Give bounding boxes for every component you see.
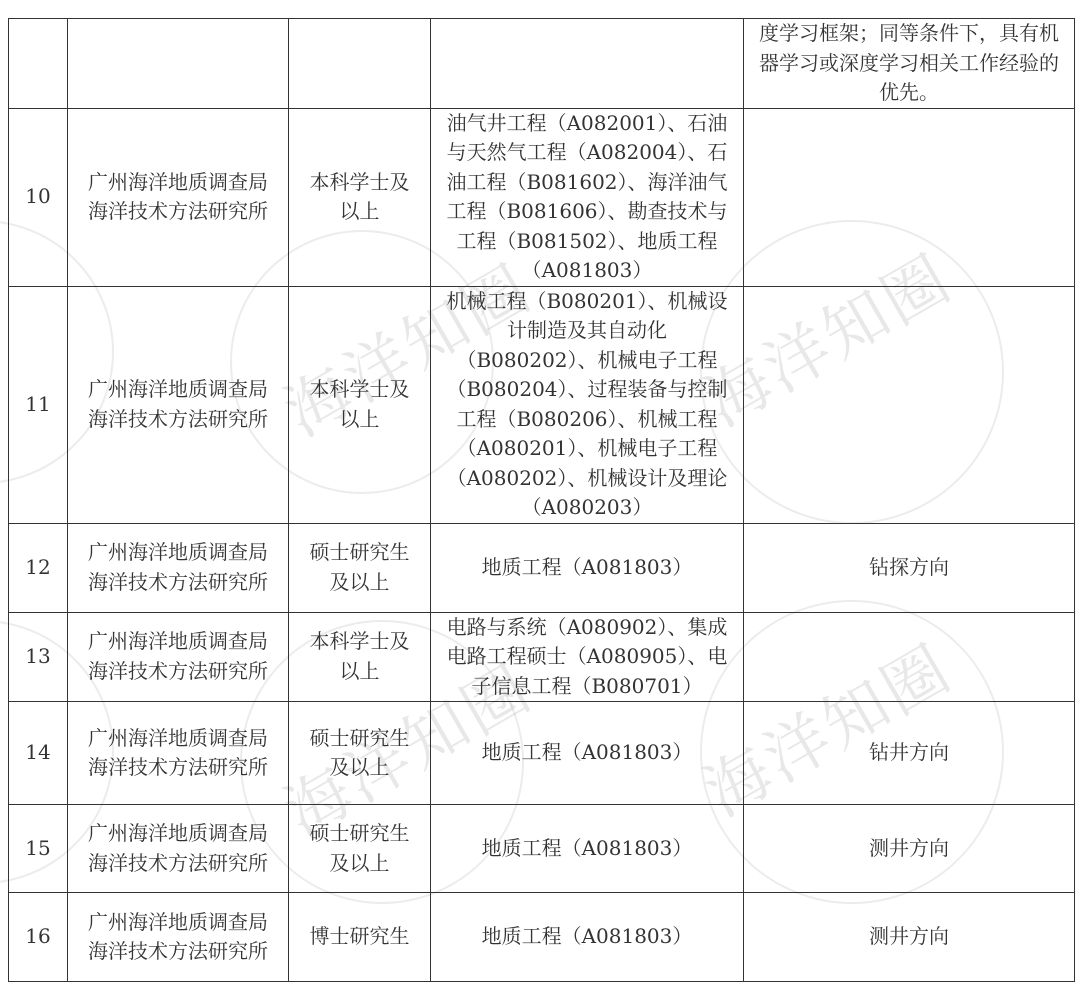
table-row: 14 广州海洋地质调查局海洋技术方法研究所 硕士研究生及以上 地质工程（A081… <box>9 702 1075 805</box>
cell-degree: 硕士研究生及以上 <box>289 702 431 805</box>
cell-remark <box>744 612 1075 702</box>
cell-remark: 钻探方向 <box>744 523 1075 612</box>
cell-remark: 钻井方向 <box>744 702 1075 805</box>
cell-remark: 度学习框架；同等条件下，具有机器学习或深度学习相关工作经验的优先。 <box>744 19 1075 109</box>
cell-degree: 博士研究生 <box>289 893 431 982</box>
cell-major <box>431 19 744 109</box>
cell-no: 15 <box>9 805 68 893</box>
cell-unit: 广州海洋地质调查局海洋技术方法研究所 <box>68 702 289 805</box>
cell-degree: 硕士研究生及以上 <box>289 523 431 612</box>
table-row: 13 广州海洋地质调查局海洋技术方法研究所 本科学士及以上 电路与系统（A080… <box>9 612 1075 702</box>
cell-degree: 本科学士及以上 <box>289 286 431 523</box>
cell-remark: 测井方向 <box>744 893 1075 982</box>
cell-unit: 广州海洋地质调查局海洋技术方法研究所 <box>68 523 289 612</box>
cell-no: 11 <box>9 286 68 523</box>
cell-remark <box>744 108 1075 286</box>
cell-degree <box>289 19 431 109</box>
table-row: 15 广州海洋地质调查局海洋技术方法研究所 硕士研究生及以上 地质工程（A081… <box>9 805 1075 893</box>
cell-remark <box>744 286 1075 523</box>
cell-no: 14 <box>9 702 68 805</box>
cell-no: 16 <box>9 893 68 982</box>
cell-major: 地质工程（A081803） <box>431 702 744 805</box>
cell-unit: 广州海洋地质调查局海洋技术方法研究所 <box>68 108 289 286</box>
cell-remark: 测井方向 <box>744 805 1075 893</box>
cell-degree: 本科学士及以上 <box>289 612 431 702</box>
cell-no <box>9 19 68 109</box>
cell-major: 油气井工程（A082001）、石油与天然气工程（A082004）、石油工程（B0… <box>431 108 744 286</box>
cell-unit: 广州海洋地质调查局海洋技术方法研究所 <box>68 893 289 982</box>
cell-major: 地质工程（A081803） <box>431 523 744 612</box>
cell-degree: 本科学士及以上 <box>289 108 431 286</box>
cell-unit: 广州海洋地质调查局海洋技术方法研究所 <box>68 612 289 702</box>
table-row: 11 广州海洋地质调查局海洋技术方法研究所 本科学士及以上 机械工程（B0802… <box>9 286 1075 523</box>
table-row: 度学习框架；同等条件下，具有机器学习或深度学习相关工作经验的优先。 <box>9 19 1075 109</box>
cell-degree: 硕士研究生及以上 <box>289 805 431 893</box>
cell-major: 地质工程（A081803） <box>431 893 744 982</box>
cell-major: 地质工程（A081803） <box>431 805 744 893</box>
cell-no: 10 <box>9 108 68 286</box>
cell-major: 电路与系统（A080902）、集成电路工程硕士（A080905）、电子信息工程（… <box>431 612 744 702</box>
recruitment-table: 度学习框架；同等条件下，具有机器学习或深度学习相关工作经验的优先。 10 广州海… <box>8 18 1075 982</box>
cell-unit: 广州海洋地质调查局海洋技术方法研究所 <box>68 286 289 523</box>
table-row: 16 广州海洋地质调查局海洋技术方法研究所 博士研究生 地质工程（A081803… <box>9 893 1075 982</box>
cell-unit: 广州海洋地质调查局海洋技术方法研究所 <box>68 805 289 893</box>
cell-unit <box>68 19 289 109</box>
table-row: 10 广州海洋地质调查局海洋技术方法研究所 本科学士及以上 油气井工程（A082… <box>9 108 1075 286</box>
table-row: 12 广州海洋地质调查局海洋技术方法研究所 硕士研究生及以上 地质工程（A081… <box>9 523 1075 612</box>
cell-no: 13 <box>9 612 68 702</box>
cell-no: 12 <box>9 523 68 612</box>
cell-major: 机械工程（B080201）、机械设计制造及其自动化（B080202）、机械电子工… <box>431 286 744 523</box>
